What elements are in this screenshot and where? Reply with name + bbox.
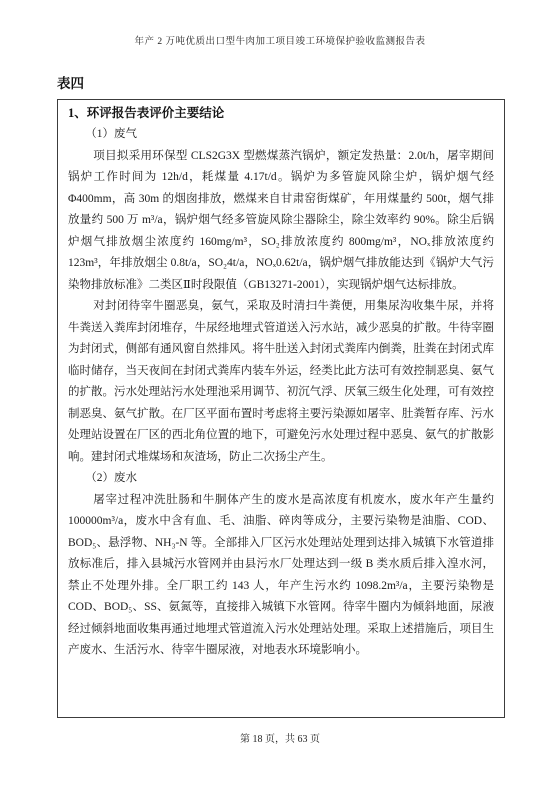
- paragraph-waste-water: 屠宰过程冲洗肚肠和牛胴体产生的废水是高浓度有机废水，废水年产生量约 100000…: [68, 490, 494, 662]
- section-title: 1、环评报告表评价主要结论: [68, 103, 494, 124]
- table-label: 表四: [57, 72, 560, 92]
- document-page: 年产 2 万吨优质出口型牛肉加工项目竣工环境保护验收监测报告表 表四 1、环评报…: [0, 0, 560, 791]
- paragraph-waste-gas-boiler: 项目拟采用环保型 CLS2G3X 型燃煤蒸汽锅炉，额定发热量：2.0t/h，屠宰…: [68, 146, 494, 297]
- page-footer: 第 18 页，共 63 页: [0, 730, 560, 745]
- subsection-heading-waste-gas: （1）废气: [68, 124, 494, 146]
- paragraph-waste-gas-odor: 对封闭待宰牛圈恶臭，氨气，采取及时清扫牛粪便，用集尿沟收集牛尿，并将牛粪送入粪库…: [68, 296, 494, 468]
- subsection-heading-waste-water: （2）废水: [68, 468, 494, 490]
- document-header-title: 年产 2 万吨优质出口型牛肉加工项目竣工环境保护验收监测报告表: [0, 0, 560, 47]
- report-table: 1、环评报告表评价主要结论 （1）废气 项目拟采用环保型 CLS2G3X 型燃煤…: [57, 99, 505, 718]
